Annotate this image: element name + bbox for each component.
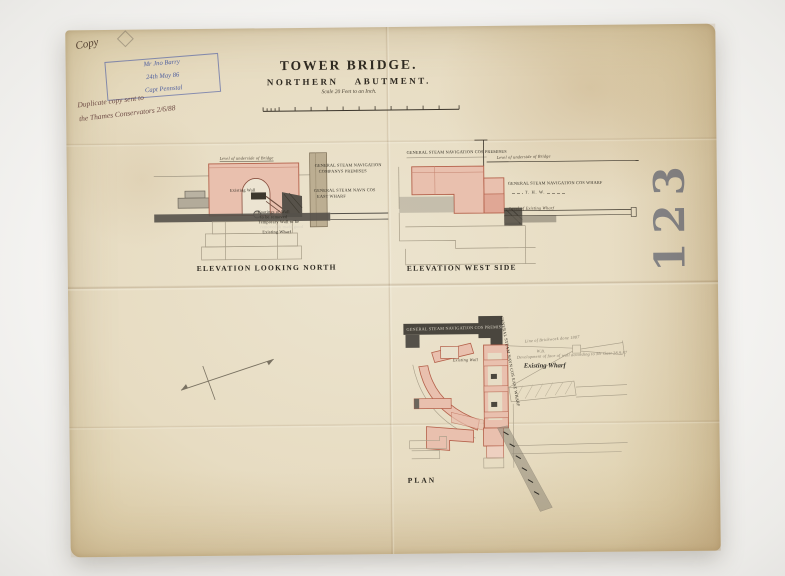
catalog-number-stamp: 123 — [639, 154, 700, 275]
scale-note: Scale 20 Feet to an Inch. — [291, 88, 406, 95]
fold-line-middle — [68, 280, 718, 292]
label-existing-wall-north: Existing Wall — [230, 187, 256, 192]
label-existing-wall-plan: Existing Wall — [453, 357, 478, 362]
note-line: Existing Wharf — [262, 229, 291, 234]
north-arrow-icon — [174, 353, 285, 404]
label-level-underside-north: Level of underside of Bridge — [220, 155, 274, 162]
stamp-line: 24th May 86 — [129, 70, 197, 83]
catalog-number: 123 — [644, 157, 694, 272]
label-gsn-premises-north-2: COMPANYS PREMISES — [319, 168, 367, 174]
label-thw: T. H. W. — [525, 189, 545, 194]
elevation-west-caption: ELEVATION WEST SIDE — [397, 264, 527, 274]
plan-caption: PLAN — [357, 476, 487, 486]
label-gsn-wharf-west: GENERAL STEAM NAVIGATION COS WHARF — [508, 180, 603, 186]
scale-bar — [263, 102, 459, 116]
elevation-north-caption: ELEVATION LOOKING NORTH — [197, 264, 327, 274]
label-existing-wharf-level: Level of Existing Wharf — [509, 205, 554, 210]
drawing-subtitle: NORTHERN ABUTMENT. — [234, 75, 464, 87]
title-block: TOWER BRIDGE. NORTHERN ABUTMENT. Scale 2… — [234, 56, 464, 101]
drawing-sheet: Copy Mr Jno Barry 24th May 86 Capt Penns… — [65, 24, 720, 558]
plan-drawing — [398, 306, 640, 527]
drawing-title: TOWER BRIDGE. — [234, 56, 464, 74]
label-existing-wharf-plan: Existing Wharf — [524, 361, 566, 370]
label-east-wharf-north-2: EAST WHARF — [317, 193, 346, 198]
copy-annotation: Copy — [74, 36, 99, 52]
stamp-line: Mr Jno Barry — [128, 57, 196, 70]
label-east-wharf-north-1: GENERAL STEAM NAVN COS — [314, 187, 376, 193]
label-gsn-premises-west: GENERAL STEAM NAVIGATION COS PREMISES — [407, 149, 507, 155]
embossed-stamp-icon — [117, 30, 134, 47]
photo-backdrop: Copy Mr Jno Barry 24th May 86 Capt Penns… — [0, 0, 785, 576]
label-gsn-premises-north-1: GENERAL STEAM NAVIGATION — [315, 162, 382, 168]
